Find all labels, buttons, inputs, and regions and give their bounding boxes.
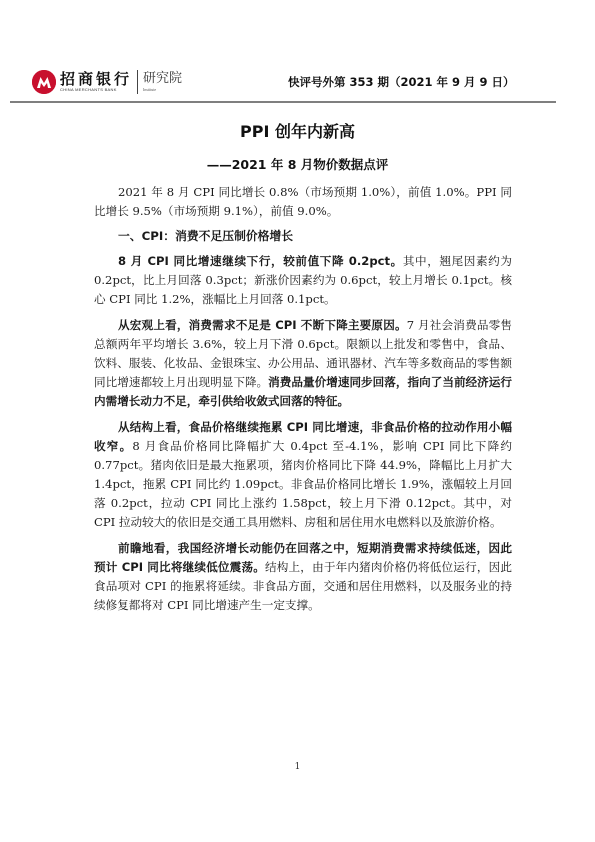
lead-sentence: 从宏观上看，消费需求不足是 CPI 不断下降主要原因。 bbox=[118, 318, 407, 332]
cmb-logo-icon bbox=[32, 70, 56, 94]
brand-name-cn: 招商银行 bbox=[60, 71, 132, 87]
header-rule bbox=[10, 101, 556, 103]
brand-name-en: CHINA MERCHANTS BANK bbox=[60, 87, 132, 93]
institute-name-cn: 研究院 bbox=[143, 71, 182, 87]
paragraph-structure: 从结构上看，食品价格继续拖累 CPI 同比增速，非食品价格的拉动作用小幅收窄。8… bbox=[94, 418, 512, 532]
page-header: 招商银行 CHINA MERCHANTS BANK 研究院 Institute … bbox=[0, 0, 595, 100]
paragraph-macro: 从宏观上看，消费需求不足是 CPI 不断下降主要原因。7 月社会消费品零售总额两… bbox=[94, 316, 512, 411]
paragraph-text: 8 月食品价格同比降幅扩大 0.4pct 至-4.1%，影响 CPI 同比下降约… bbox=[94, 439, 512, 529]
section-heading-cpi: 一、CPI：消费不足压制价格增长 bbox=[94, 227, 512, 246]
intro-paragraph: 2021 年 8 月 CPI 同比增长 0.8%（市场预期 1.0%），前值 1… bbox=[94, 183, 512, 221]
paragraph-cpi-trend: 8 月 CPI 同比增速继续下行，较前值下降 0.2pct。其中，翘尾因素约为 … bbox=[94, 252, 512, 309]
page-number: 1 bbox=[0, 762, 595, 772]
issue-label: 快评号外第 353 期（2021 年 9 月 9 日） bbox=[288, 74, 515, 90]
page-subtitle: ——2021 年 8 月物价数据点评 bbox=[0, 155, 595, 173]
paragraph-outlook: 前瞻地看，我国经济增长动能仍在回落之中，短期消费需求持续低迷，因此预计 CPI … bbox=[94, 539, 512, 615]
lead-sentence: 8 月 CPI 同比增速继续下行，较前值下降 0.2pct。 bbox=[118, 254, 403, 268]
logo-divider bbox=[137, 70, 138, 94]
page-title: PPI 创年内新高 bbox=[0, 119, 595, 142]
cmb-logo: 招商银行 CHINA MERCHANTS BANK 研究院 Institute bbox=[32, 70, 182, 94]
institute-name-en: Institute bbox=[143, 87, 182, 93]
article-body: 2021 年 8 月 CPI 同比增长 0.8%（市场预期 1.0%），前值 1… bbox=[94, 183, 512, 615]
